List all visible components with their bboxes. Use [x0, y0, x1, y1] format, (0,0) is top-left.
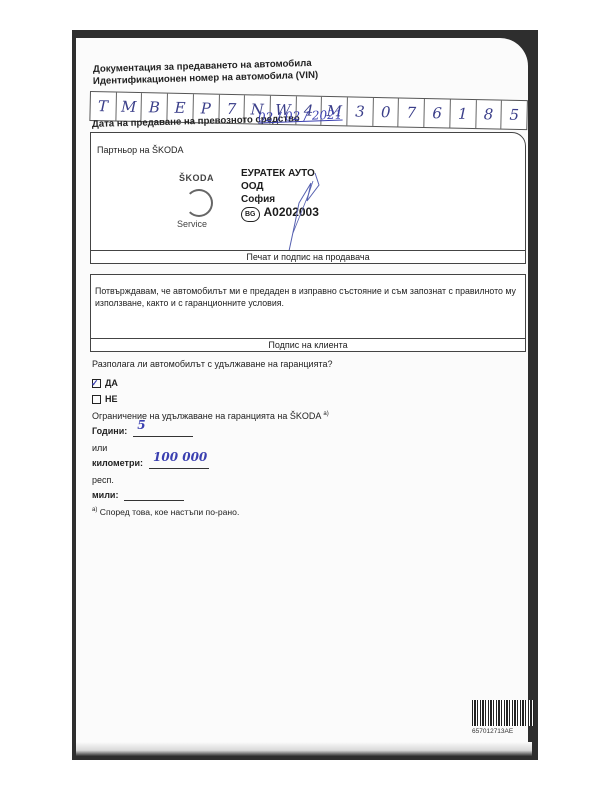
years-field[interactable]: 5	[133, 427, 193, 437]
barcode-text: 657012713AE	[472, 726, 513, 738]
client-signature-label: Подпис на клиента	[91, 338, 525, 351]
warranty-question: Разполага ли автомобилът с удължаване на…	[92, 358, 333, 370]
seller-signature-icon	[249, 163, 329, 253]
partner-label: Партньор на ŠKODA	[97, 145, 184, 155]
vin-cell: 5	[502, 101, 527, 130]
client-confirmation-text: Потвърждавам, че автомобилът ми е предад…	[95, 285, 521, 309]
miles-label: мили:	[92, 490, 118, 500]
option-yes-label: ДА	[105, 377, 118, 389]
years-value: 5	[137, 419, 145, 431]
km-value: 100 000	[153, 451, 207, 463]
seller-signature-label: Печат и подпис на продавача	[91, 250, 525, 263]
option-no[interactable]: НЕ	[92, 393, 118, 405]
seller-box: Партньор на ŠKODA ŠKODA Service ЕУРАТЕК …	[90, 132, 526, 264]
km-label: километри:	[92, 458, 143, 468]
skoda-emblem-icon	[185, 189, 213, 217]
warranty-limit-label: Ограничение на удължаване на гаранцията …	[92, 408, 329, 422]
footnote: a) Според това, кое настъпи по-рано.	[92, 504, 239, 518]
option-yes[interactable]: ✓ ДА	[92, 377, 118, 389]
resp-label: респ.	[92, 474, 114, 486]
km-field[interactable]: 100 000	[149, 459, 209, 469]
footnote-mark: a)	[92, 507, 97, 513]
miles-row: мили:	[92, 489, 184, 501]
vin-cell: 8	[476, 100, 502, 129]
vin-cell: 1	[450, 100, 476, 129]
km-row: километри:100 000	[92, 457, 209, 469]
vin-cell: 6	[424, 99, 450, 128]
or-label: или	[92, 442, 107, 454]
footnote-text: Според това, кое настъпи по-рано.	[100, 507, 240, 517]
option-no-label: НЕ	[105, 393, 118, 405]
vin-cell: T	[90, 92, 116, 121]
vin-cell: 0	[373, 98, 399, 127]
footnote-mark: a)	[323, 411, 328, 417]
vin-cell: 3	[347, 97, 373, 126]
barcode-icon	[472, 700, 534, 726]
years-label: Години:	[92, 426, 127, 436]
vin-cell: 7	[399, 98, 425, 127]
miles-field[interactable]	[124, 491, 184, 501]
skoda-service-text: Service	[177, 219, 207, 229]
years-row: Години:5	[92, 425, 193, 437]
checkbox-checked-icon[interactable]: ✓	[92, 379, 101, 388]
client-box: Потвърждавам, че автомобилът ми е предад…	[90, 274, 526, 352]
checkbox-icon[interactable]	[92, 395, 101, 404]
handover-date-value: 02 / 02 / 2021	[258, 109, 343, 124]
skoda-logo-text: ŠKODA	[179, 173, 214, 183]
page-edge-shadow	[76, 742, 532, 756]
limit-text: Ограничение на удължаване на гаранцията …	[92, 411, 321, 421]
